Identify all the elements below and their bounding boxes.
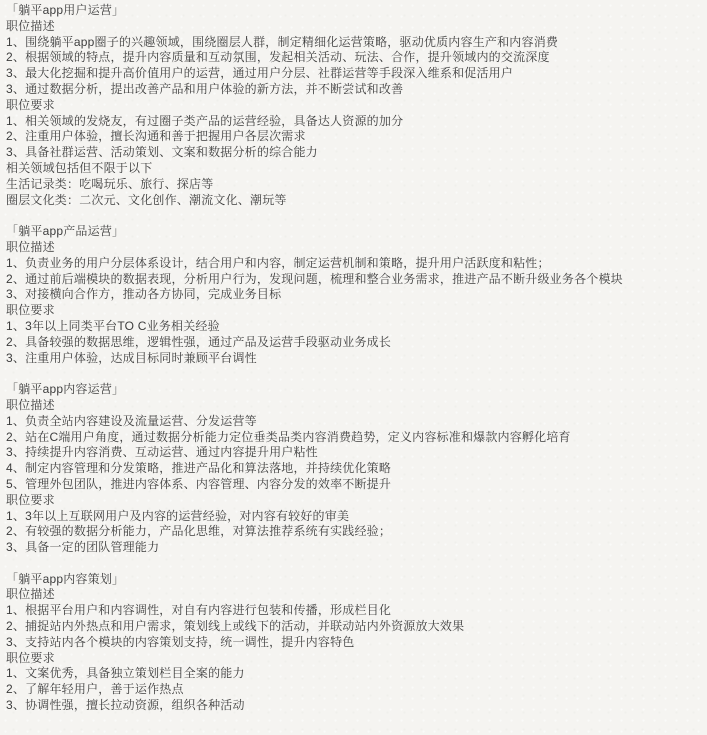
text-line: 3、具备一定的团队管理能力 bbox=[6, 540, 699, 556]
job-descriptions-document: 「躺平app用户运营」职位描述1、围绕躺平app圈子的兴趣领域，围绕圈层人群，制… bbox=[0, 0, 707, 714]
text-line: 1、3年以上互联网用户及内容的运营经验，对内容有较好的审美 bbox=[6, 509, 699, 525]
text-line: 1、文案优秀，具备独立策划栏目全案的能力 bbox=[6, 666, 699, 682]
text-line: 相关领域包括但不限于以下 bbox=[6, 161, 699, 177]
text-line: 5、管理外包团队，推进内容体系、内容管理、内容分发的效率不断提升 bbox=[6, 477, 699, 493]
text-line: 2、捕捉站内外热点和用户需求，策划线上或线下的活动，并联动站内外资源放大效果 bbox=[6, 619, 699, 635]
text-line: 3、支持站内各个模块的内容策划支持，统一调性，提升内容特色 bbox=[6, 635, 699, 651]
text-line: 1、负责业务的用户分层体系设计，结合用户和内容，制定运营机制和策略，提升用户活跃… bbox=[6, 256, 699, 272]
text-line: 2、了解年轻用户，善于运作热点 bbox=[6, 682, 699, 698]
text-line: 职位描述 bbox=[6, 587, 699, 603]
job-section-content-operations: 「躺平app内容运营」职位描述1、负责全站内容建设及流量运营、分发运营等2、站在… bbox=[6, 382, 699, 556]
text-line: 1、负责全站内容建设及流量运营、分发运营等 bbox=[6, 414, 699, 430]
text-line: 职位要求 bbox=[6, 493, 699, 509]
text-line: 圈层文化类：二次元、文化创作、潮流文化、潮玩等 bbox=[6, 193, 699, 209]
text-line: 3、通过数据分析，提出改善产品和用户体验的新方法，并不断尝试和改善 bbox=[6, 82, 699, 98]
text-line: 2、具备较强的数据思维，逻辑性强，通过产品及运营手段驱动业务成长 bbox=[6, 335, 699, 351]
text-line: 职位要求 bbox=[6, 651, 699, 667]
section-title: 「躺平app用户运营」 bbox=[6, 3, 699, 19]
text-line: 2、根据领域的特点，提升内容质量和互动氛围，发起相关活动、玩法、合作，提升领域内… bbox=[6, 50, 699, 66]
job-section-content-planning: 「躺平app内容策划」职位描述1、根据平台用户和内容调性，对自有内容进行包装和传… bbox=[6, 572, 699, 714]
text-line: 职位要求 bbox=[6, 303, 699, 319]
text-line: 3、具备社群运营、活动策划、文案和数据分析的综合能力 bbox=[6, 145, 699, 161]
text-line: 3、最大化挖掘和提升高价值用户的运营，通过用户分层、社群运营等手段深入维系和促活… bbox=[6, 66, 699, 82]
text-line: 2、站在C端用户角度，通过数据分析能力定位垂类品类内容消费趋势，定义内容标准和爆… bbox=[6, 430, 699, 446]
text-line: 职位描述 bbox=[6, 240, 699, 256]
text-line: 3、持续提升内容消费、互动运营、通过内容提升用户粘性 bbox=[6, 445, 699, 461]
text-line: 2、注重用户体验，擅长沟通和善于把握用户各层次需求 bbox=[6, 129, 699, 145]
job-section-user-operations: 「躺平app用户运营」职位描述1、围绕躺平app圈子的兴趣领域，围绕圈层人群，制… bbox=[6, 3, 699, 208]
text-line: 1、根据平台用户和内容调性，对自有内容进行包装和传播，形成栏目化 bbox=[6, 603, 699, 619]
text-line: 生活记录类：吃喝玩乐、旅行、探店等 bbox=[6, 177, 699, 193]
text-line: 3、注重用户体验，达成目标同时兼顾平台调性 bbox=[6, 351, 699, 367]
text-line: 职位描述 bbox=[6, 19, 699, 35]
job-section-product-operations: 「躺平app产品运营」职位描述1、负责业务的用户分层体系设计，结合用户和内容，制… bbox=[6, 224, 699, 366]
text-line: 3、协调性强，擅长拉动资源，组织各种活动 bbox=[6, 698, 699, 714]
section-title: 「躺平app产品运营」 bbox=[6, 224, 699, 240]
text-line: 3、对接横向合作方，推动各方协同，完成业务目标 bbox=[6, 287, 699, 303]
text-line: 1、围绕躺平app圈子的兴趣领域，围绕圈层人群，制定精细化运营策略，驱动优质内容… bbox=[6, 35, 699, 51]
text-line: 1、3年以上同类平台TO C业务相关经验 bbox=[6, 319, 699, 335]
text-line: 2、有较强的数据分析能力，产品化思维，对算法推荐系统有实践经验； bbox=[6, 524, 699, 540]
section-title: 「躺平app内容运营」 bbox=[6, 382, 699, 398]
text-line: 职位要求 bbox=[6, 98, 699, 114]
text-line: 职位描述 bbox=[6, 398, 699, 414]
text-line: 2、通过前后端模块的数据表现，分析用户行为，发现问题，梳理和整合业务需求，推进产… bbox=[6, 272, 699, 288]
text-line: 1、相关领域的发烧友，有过圈子类产品的运营经验，具备达人资源的加分 bbox=[6, 114, 699, 130]
text-line: 4、制定内容管理和分发策略，推进产品化和算法落地，并持续优化策略 bbox=[6, 461, 699, 477]
section-title: 「躺平app内容策划」 bbox=[6, 572, 699, 588]
